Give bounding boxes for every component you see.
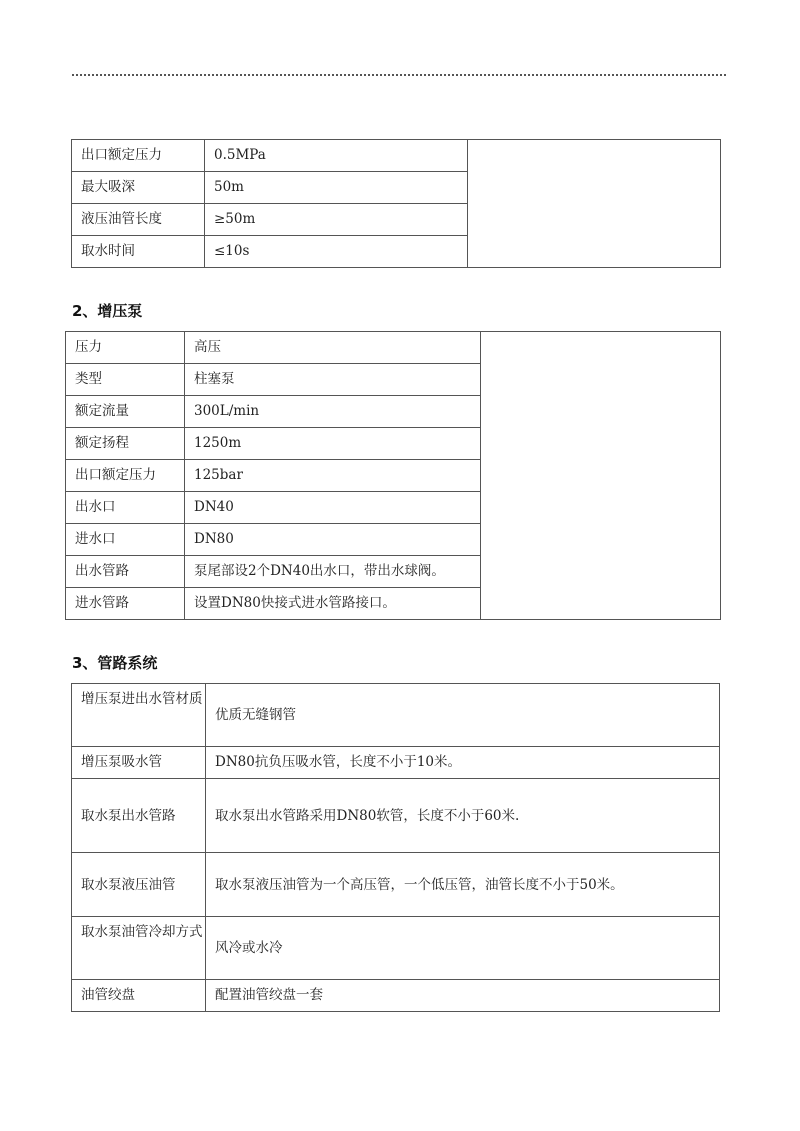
header-dotted-rule — [72, 74, 726, 76]
spec-value: 50m — [205, 172, 468, 204]
spec-label: 取水泵出水管路 — [72, 779, 206, 853]
table-row: 压力 高压 — [66, 332, 721, 364]
table-row: 出口额定压力 0.5MPa — [72, 140, 721, 172]
spec-label: 出水口 — [66, 492, 185, 524]
section-title-booster-pump: 2、增压泵 — [72, 300, 142, 321]
spec-label: 取水泵液压油管 — [72, 853, 206, 917]
table-row: 取水泵出水管路 取水泵出水管路采用DN80软管，长度不小于60米. — [72, 779, 720, 853]
spec-value: 高压 — [185, 332, 481, 364]
spec-label: 最大吸深 — [72, 172, 205, 204]
table-row: 取水泵油管冷却方式 风冷或水冷 — [72, 917, 720, 980]
spec-value: DN80抗负压吸水管，长度不小于10米。 — [206, 747, 720, 779]
spec-label: 增压泵吸水管 — [72, 747, 206, 779]
spec-value: 125bar — [185, 460, 481, 492]
image-placeholder-cell — [481, 332, 721, 620]
spec-value: DN80 — [185, 524, 481, 556]
table-row: 油管绞盘 配置油管绞盘一套 — [72, 980, 720, 1012]
spec-value: 1250m — [185, 428, 481, 460]
booster-pump-spec-table: 压力 高压 类型 柱塞泵 额定流量 300L/min 额定扬程 1250m 出口… — [65, 331, 721, 620]
spec-value: 柱塞泵 — [185, 364, 481, 396]
piping-system-spec-table: 增压泵进出水管材质 优质无缝钢管 增压泵吸水管 DN80抗负压吸水管，长度不小于… — [71, 683, 720, 1012]
spec-label: 油管绞盘 — [72, 980, 206, 1012]
table-row: 取水泵液压油管 取水泵液压油管为一个高压管，一个低压管，油管长度不小于50米。 — [72, 853, 720, 917]
spec-value: 泵尾部设2个DN40出水口，带出水球阀。 — [185, 556, 481, 588]
spec-label: 取水时间 — [72, 236, 205, 268]
spec-value: 配置油管绞盘一套 — [206, 980, 720, 1012]
spec-value: 风冷或水冷 — [206, 917, 720, 980]
spec-label: 出水管路 — [66, 556, 185, 588]
spec-value: 取水泵出水管路采用DN80软管，长度不小于60米. — [206, 779, 720, 853]
section-title-piping-system: 3、管路系统 — [72, 652, 157, 673]
spec-value: 300L/min — [185, 396, 481, 428]
image-placeholder-cell — [468, 140, 721, 268]
spec-label: 取水泵油管冷却方式 — [72, 917, 206, 980]
spec-label: 出口额定压力 — [72, 140, 205, 172]
spec-value: ≤10s — [205, 236, 468, 268]
spec-label: 压力 — [66, 332, 185, 364]
water-pump-spec-table: 出口额定压力 0.5MPa 最大吸深 50m 液压油管长度 ≥50m 取水时间 … — [71, 139, 721, 268]
spec-value: 设置DN80快接式进水管路接口。 — [185, 588, 481, 620]
spec-label: 液压油管长度 — [72, 204, 205, 236]
spec-label: 出口额定压力 — [66, 460, 185, 492]
spec-label: 进水口 — [66, 524, 185, 556]
spec-value: DN40 — [185, 492, 481, 524]
spec-label: 增压泵进出水管材质 — [72, 684, 206, 747]
spec-label: 类型 — [66, 364, 185, 396]
spec-value: 取水泵液压油管为一个高压管，一个低压管，油管长度不小于50米。 — [206, 853, 720, 917]
spec-label: 额定扬程 — [66, 428, 185, 460]
table-row: 增压泵进出水管材质 优质无缝钢管 — [72, 684, 720, 747]
spec-value: ≥50m — [205, 204, 468, 236]
spec-label: 进水管路 — [66, 588, 185, 620]
spec-value: 优质无缝钢管 — [206, 684, 720, 747]
table-row: 增压泵吸水管 DN80抗负压吸水管，长度不小于10米。 — [72, 747, 720, 779]
spec-value: 0.5MPa — [205, 140, 468, 172]
spec-label: 额定流量 — [66, 396, 185, 428]
